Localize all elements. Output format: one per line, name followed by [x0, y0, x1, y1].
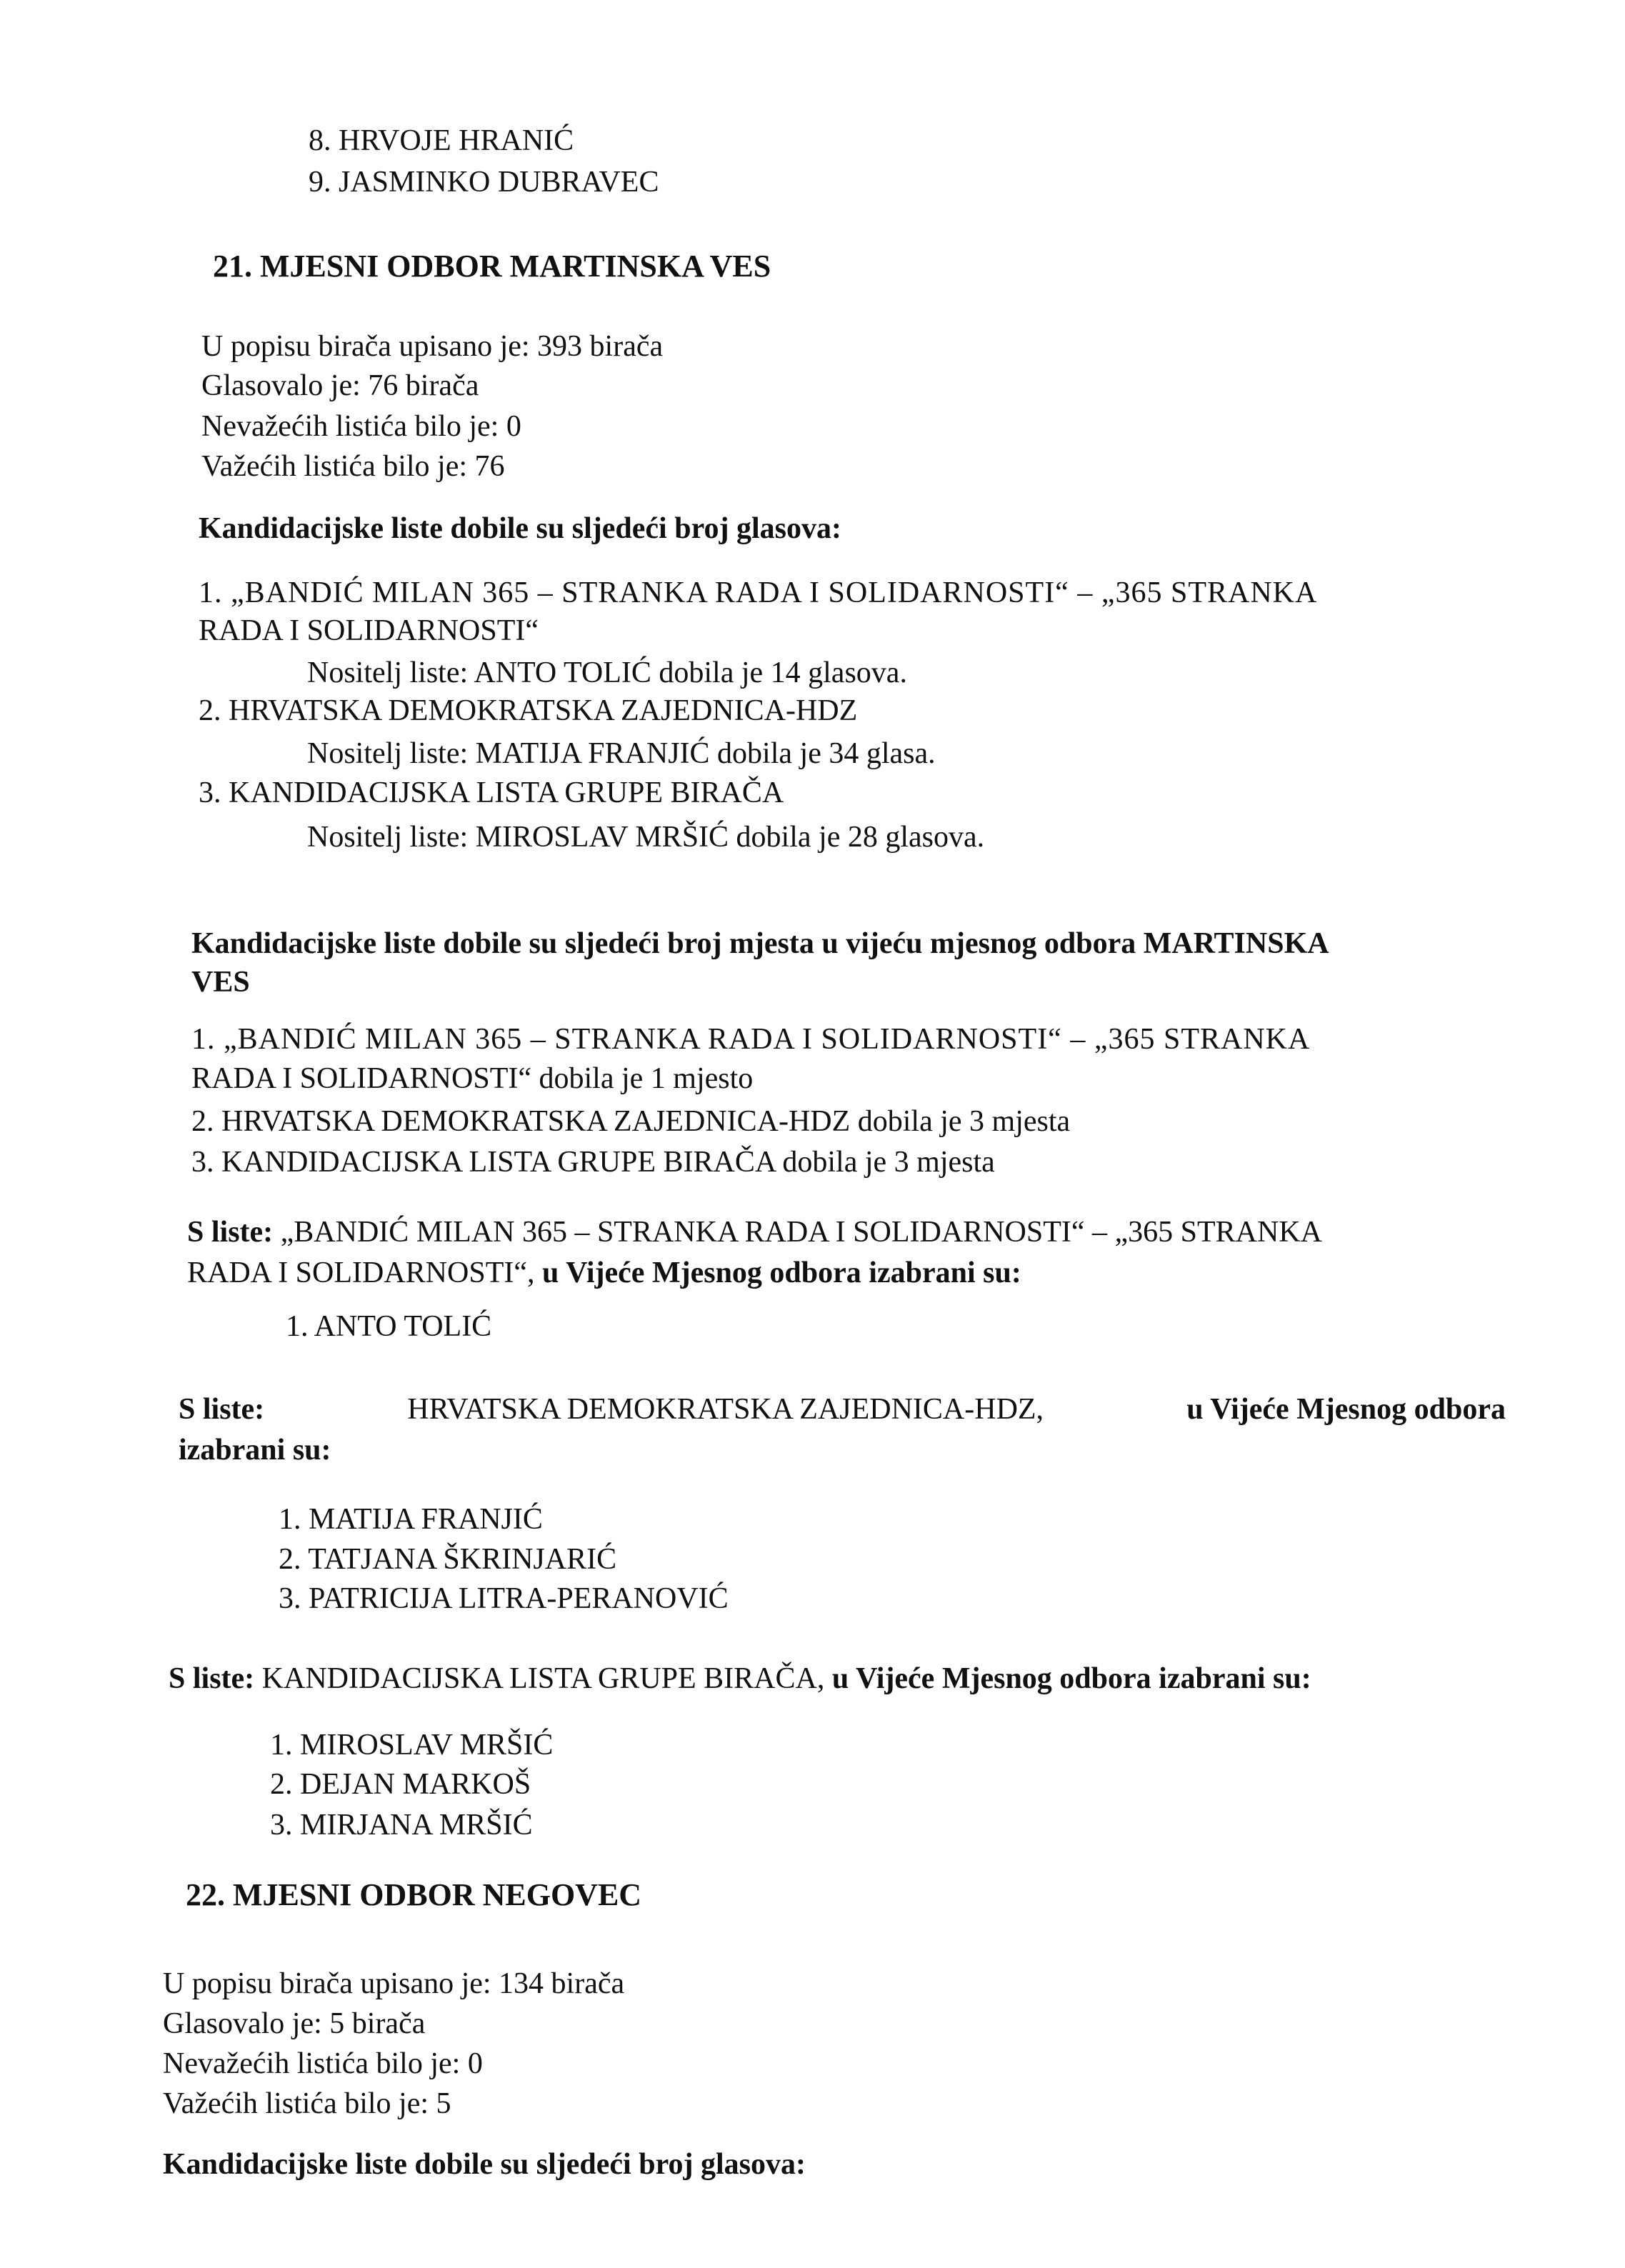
list-item: 9. JASMINKO DUBRAVEC: [309, 164, 659, 200]
section-heading: 21. MJESNI ODBOR MARTINSKA VES: [213, 249, 771, 284]
elected-prefix: S liste:: [179, 1392, 264, 1427]
member-item: 1. ANTO TOLIĆ: [286, 1309, 491, 1344]
elected-heading: S liste: KANDIDACIJSKA LISTA GRUPE BIRAČ…: [169, 1661, 1311, 1697]
member-item: 3. PATRICIJA LITRA-PERANOVIĆ: [279, 1581, 729, 1617]
elected-heading: RADA I SOLIDARNOSTI“, u Vijeće Mjesnog o…: [187, 1255, 1021, 1291]
stat-line: Važećih listića bilo je: 5: [163, 2086, 451, 2122]
list-holder: Nositelj liste: MATIJA FRANJIĆ dobila je…: [307, 736, 936, 771]
seat-line: RADA I SOLIDARNOSTI“ dobila je 1 mjesto: [191, 1061, 753, 1096]
elected-suffix: u Vijeće Mjesnog odbora izabrani su:: [542, 1257, 1021, 1289]
stat-line: Važećih listića bilo je: 76: [201, 449, 505, 484]
votes-heading: Kandidacijske liste dobile su sljedeći b…: [163, 2147, 806, 2182]
seat-line: 1. „BANDIĆ MILAN 365 – STRANKA RADA I SO…: [191, 1021, 1310, 1057]
list-item: 8. HRVOJE HRANIĆ: [309, 123, 574, 159]
list-holder: Nositelj liste: MIROSLAV MRŠIĆ dobila je…: [307, 819, 984, 855]
stat-line: U popisu birača upisano je: 393 birača: [201, 329, 663, 364]
elected-suffix: u Vijeće Mjesnog odbora: [1186, 1392, 1506, 1427]
votes-heading: Kandidacijske liste dobile su sljedeći b…: [199, 511, 841, 546]
member-item: 2. TATJANA ŠKRINJARIĆ: [279, 1542, 616, 1577]
list-holder: Nositelj liste: ANTO TOLIĆ dobila je 14 …: [307, 655, 907, 691]
member-item: 1. MATIJA FRANJIĆ: [279, 1502, 543, 1537]
vote-list-name: RADA I SOLIDARNOSTI“: [199, 613, 539, 649]
member-item: 2. DEJAN MARKOŠ: [270, 1767, 531, 1802]
member-item: 3. MIRJANA MRŠIĆ: [270, 1807, 533, 1843]
vote-list-name: 3. KANDIDACIJSKA LISTA GRUPE BIRAČA: [199, 775, 784, 811]
member-item: 1. MIROSLAV MRŠIĆ: [270, 1727, 553, 1763]
elected-list-name: HRVATSKA DEMOKRATSKA ZAJEDNICA-HDZ,: [407, 1392, 1044, 1427]
elected-heading: S liste: „BANDIĆ MILAN 365 – STRANKA RAD…: [187, 1214, 1322, 1250]
stat-line: Glasovalo je: 5 birača: [163, 2006, 425, 2042]
seats-heading: Kandidacijske liste dobile su sljedeći b…: [191, 926, 1329, 961]
elected-suffix: u Vijeće Mjesnog odbora izabrani su:: [832, 1662, 1311, 1695]
elected-heading: S liste: HRVATSKA DEMOKRATSKA ZAJEDNICA-…: [179, 1392, 1506, 1427]
stat-line: U popisu birača upisano je: 134 birača: [163, 1966, 624, 2002]
elected-prefix: S liste:: [169, 1662, 254, 1695]
section-heading: 22. MJESNI ODBOR NEGOVEC: [186, 1877, 641, 1913]
vote-list-name: 2. HRVATSKA DEMOKRATSKA ZAJEDNICA-HDZ: [199, 693, 857, 729]
elected-list-name: KANDIDACIJSKA LISTA GRUPE BIRAČA,: [254, 1662, 832, 1695]
elected-list-name: RADA I SOLIDARNOSTI“,: [187, 1257, 542, 1289]
stat-line: Nevažećih listića bilo je: 0: [201, 409, 521, 444]
stat-line: Nevažećih listića bilo je: 0: [163, 2046, 483, 2082]
seats-heading: VES: [191, 964, 250, 1000]
stat-line: Glasovalo je: 76 birača: [201, 368, 479, 404]
vote-list-name: 1. „BANDIĆ MILAN 365 – STRANKA RADA I SO…: [199, 575, 1527, 611]
elected-list-name: „BANDIĆ MILAN 365 – STRANKA RADA I SOLID…: [273, 1216, 1322, 1249]
elected-prefix: S liste:: [187, 1216, 273, 1249]
elected-suffix: izabrani su:: [179, 1432, 331, 1468]
seat-line: 3. KANDIDACIJSKA LISTA GRUPE BIRAČA dobi…: [191, 1144, 995, 1180]
seat-line: 2. HRVATSKA DEMOKRATSKA ZAJEDNICA-HDZ do…: [191, 1104, 1070, 1139]
